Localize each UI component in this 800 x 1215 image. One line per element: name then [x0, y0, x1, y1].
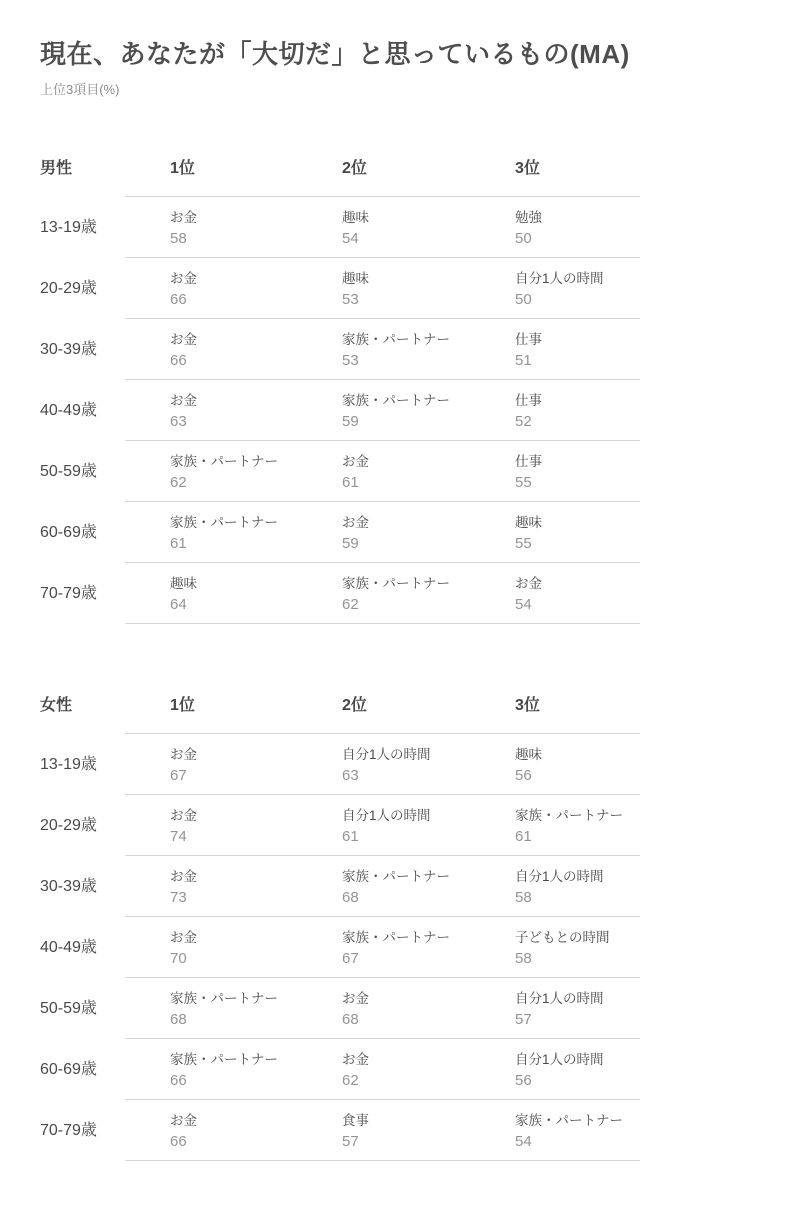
page-subtitle: 上位3項目(%)	[40, 82, 760, 98]
rank-item-name: 家族・パートナー	[342, 392, 515, 409]
rank-item-name: お金	[170, 209, 342, 226]
rank-item-name: お金	[170, 929, 342, 946]
rank-item-value: 58	[170, 230, 342, 248]
rank-2-header: 2位	[342, 697, 515, 734]
rank-item-name: 趣味	[342, 209, 515, 226]
rank-item-value: 50	[515, 230, 660, 248]
rank-3-cell: 趣味 55	[515, 502, 660, 563]
rank-item-name: 自分1人の時間	[342, 807, 515, 824]
table-row: 20-29歳 お金 66 趣味 53 自分1人の時間 50	[40, 258, 660, 319]
rank-2-cell: 自分1人の時間 61	[342, 795, 515, 856]
rank-item-name: 子どもとの時間	[515, 929, 660, 946]
rank-item-name: 趣味	[515, 514, 660, 531]
female-table: 女性 1位 2位 3位 13-19歳 お金 67 自分1人の時間 63 趣味 5…	[40, 697, 760, 1161]
rank-1-cell: お金 66	[170, 319, 342, 380]
rank-3-cell: 家族・パートナー 61	[515, 795, 660, 856]
rank-3-cell: 趣味 56	[515, 734, 660, 795]
rank-2-cell: 家族・パートナー 53	[342, 319, 515, 380]
age-label: 70-79歳	[40, 1122, 170, 1140]
rank-item-name: 家族・パートナー	[342, 575, 515, 592]
rank-item-value: 50	[515, 291, 660, 309]
rank-3-header: 3位	[515, 160, 660, 197]
rank-item-value: 62	[342, 596, 515, 614]
male-table-rows: 13-19歳 お金 58 趣味 54 勉強 50 20-29歳 お金 66 趣味…	[40, 197, 760, 624]
rank-1-header: 1位	[170, 160, 342, 197]
age-label: 13-19歳	[40, 219, 170, 237]
rank-item-name: お金	[170, 807, 342, 824]
gender-label: 女性	[40, 697, 170, 734]
rank-item-name: お金	[170, 392, 342, 409]
rank-item-name: お金	[342, 990, 515, 1007]
rank-2-cell: お金 68	[342, 978, 515, 1039]
rank-2-cell: お金 59	[342, 502, 515, 563]
rank-1-cell: お金 66	[170, 258, 342, 319]
rank-1-cell: お金 73	[170, 856, 342, 917]
age-label: 30-39歳	[40, 341, 170, 359]
rank-item-value: 53	[342, 352, 515, 370]
rank-3-cell: お金 54	[515, 563, 660, 624]
rank-item-value: 55	[515, 535, 660, 553]
table-row: 20-29歳 お金 74 自分1人の時間 61 家族・パートナー 61	[40, 795, 660, 856]
rank-3-cell: 仕事 55	[515, 441, 660, 502]
rank-item-value: 67	[170, 767, 342, 785]
rank-item-value: 56	[515, 767, 660, 785]
rank-item-name: お金	[342, 1051, 515, 1068]
rank-item-value: 68	[342, 889, 515, 907]
rank-item-value: 62	[342, 1072, 515, 1090]
rank-3-cell: 子どもとの時間 58	[515, 917, 660, 978]
table-row: 50-59歳 家族・パートナー 62 お金 61 仕事 55	[40, 441, 660, 502]
rank-2-cell: 食事 57	[342, 1100, 515, 1161]
rank-item-value: 57	[515, 1011, 660, 1029]
age-label: 40-49歳	[40, 402, 170, 420]
rank-item-value: 61	[342, 474, 515, 492]
rank-2-cell: 家族・パートナー 62	[342, 563, 515, 624]
female-table-rows: 13-19歳 お金 67 自分1人の時間 63 趣味 56 20-29歳 お金 …	[40, 734, 760, 1161]
rank-item-name: 家族・パートナー	[170, 514, 342, 531]
table-row: 40-49歳 お金 70 家族・パートナー 67 子どもとの時間 58	[40, 917, 660, 978]
rank-2-cell: お金 62	[342, 1039, 515, 1100]
rank-item-name: 仕事	[515, 453, 660, 470]
rank-item-name: 食事	[342, 1112, 515, 1129]
rank-item-name: 仕事	[515, 392, 660, 409]
rank-item-name: 家族・パートナー	[170, 990, 342, 1007]
rank-item-name: 家族・パートナー	[515, 1112, 660, 1129]
rank-item-value: 68	[170, 1011, 342, 1029]
page: 現在、あなたが「大切だ」と思っているもの(MA) 上位3項目(%) 男性 1位 …	[0, 0, 800, 1215]
rank-item-value: 59	[342, 413, 515, 431]
table-row: 60-69歳 家族・パートナー 66 お金 62 自分1人の時間 56	[40, 1039, 660, 1100]
male-table-header: 男性 1位 2位 3位	[40, 160, 660, 197]
rank-item-name: 家族・パートナー	[515, 807, 660, 824]
rank-item-name: お金	[170, 746, 342, 763]
age-label: 30-39歳	[40, 878, 170, 896]
rank-item-value: 52	[515, 413, 660, 431]
rank-item-value: 61	[515, 828, 660, 846]
table-row: 50-59歳 家族・パートナー 68 お金 68 自分1人の時間 57	[40, 978, 660, 1039]
rank-2-cell: 家族・パートナー 68	[342, 856, 515, 917]
rank-3-cell: 家族・パートナー 54	[515, 1100, 660, 1161]
age-label: 50-59歳	[40, 463, 170, 481]
rank-1-cell: 家族・パートナー 61	[170, 502, 342, 563]
rank-3-cell: 仕事 52	[515, 380, 660, 441]
rank-2-cell: 趣味 53	[342, 258, 515, 319]
rank-item-name: お金	[515, 575, 660, 592]
rank-item-name: 仕事	[515, 331, 660, 348]
rank-item-value: 54	[515, 596, 660, 614]
rank-item-name: お金	[170, 331, 342, 348]
rank-1-cell: お金 74	[170, 795, 342, 856]
rank-item-value: 56	[515, 1072, 660, 1090]
rank-item-value: 63	[342, 767, 515, 785]
rank-item-value: 54	[342, 230, 515, 248]
rank-3-cell: 自分1人の時間 58	[515, 856, 660, 917]
rank-item-name: 自分1人の時間	[342, 746, 515, 763]
rank-1-cell: お金 58	[170, 197, 342, 258]
rank-1-cell: お金 67	[170, 734, 342, 795]
rank-item-value: 53	[342, 291, 515, 309]
rank-item-value: 64	[170, 596, 342, 614]
rank-item-name: 自分1人の時間	[515, 990, 660, 1007]
table-row: 70-79歳 趣味 64 家族・パートナー 62 お金 54	[40, 563, 660, 624]
rank-item-value: 62	[170, 474, 342, 492]
rank-item-value: 59	[342, 535, 515, 553]
rank-item-value: 67	[342, 950, 515, 968]
page-title: 現在、あなたが「大切だ」と思っているもの(MA)	[40, 38, 760, 70]
rank-2-cell: 家族・パートナー 59	[342, 380, 515, 441]
rank-item-name: 家族・パートナー	[342, 331, 515, 348]
rank-3-cell: 自分1人の時間 56	[515, 1039, 660, 1100]
table-row: 70-79歳 お金 66 食事 57 家族・パートナー 54	[40, 1100, 660, 1161]
age-label: 50-59歳	[40, 1000, 170, 1018]
rank-item-name: お金	[170, 270, 342, 287]
age-label: 70-79歳	[40, 585, 170, 603]
table-row: 30-39歳 お金 73 家族・パートナー 68 自分1人の時間 58	[40, 856, 660, 917]
rank-1-header: 1位	[170, 697, 342, 734]
rank-item-value: 61	[170, 535, 342, 553]
rank-2-cell: 家族・パートナー 67	[342, 917, 515, 978]
rank-item-name: 趣味	[515, 746, 660, 763]
rank-2-cell: 趣味 54	[342, 197, 515, 258]
rank-2-header: 2位	[342, 160, 515, 197]
rank-3-cell: 自分1人の時間 50	[515, 258, 660, 319]
rank-item-name: 家族・パートナー	[170, 1051, 342, 1068]
rank-2-cell: 自分1人の時間 63	[342, 734, 515, 795]
table-row: 60-69歳 家族・パートナー 61 お金 59 趣味 55	[40, 502, 660, 563]
rank-1-cell: 家族・パートナー 66	[170, 1039, 342, 1100]
rank-item-name: 自分1人の時間	[515, 1051, 660, 1068]
rank-item-value: 55	[515, 474, 660, 492]
rank-item-value: 66	[170, 352, 342, 370]
age-label: 60-69歳	[40, 1061, 170, 1079]
rank-item-name: 自分1人の時間	[515, 868, 660, 885]
rank-item-name: 趣味	[170, 575, 342, 592]
rank-item-value: 73	[170, 889, 342, 907]
rank-3-cell: 自分1人の時間 57	[515, 978, 660, 1039]
rank-3-header: 3位	[515, 697, 660, 734]
table-row: 13-19歳 お金 67 自分1人の時間 63 趣味 56	[40, 734, 660, 795]
rank-3-cell: 仕事 51	[515, 319, 660, 380]
age-label: 20-29歳	[40, 280, 170, 298]
rank-item-value: 57	[342, 1133, 515, 1151]
table-row: 40-49歳 お金 63 家族・パートナー 59 仕事 52	[40, 380, 660, 441]
rank-item-name: 自分1人の時間	[515, 270, 660, 287]
rank-1-cell: お金 70	[170, 917, 342, 978]
rank-item-name: お金	[170, 868, 342, 885]
male-table: 男性 1位 2位 3位 13-19歳 お金 58 趣味 54 勉強 50 20-…	[40, 160, 760, 624]
rank-1-cell: 家族・パートナー 68	[170, 978, 342, 1039]
table-row: 30-39歳 お金 66 家族・パートナー 53 仕事 51	[40, 319, 660, 380]
age-label: 20-29歳	[40, 817, 170, 835]
rank-item-value: 66	[170, 291, 342, 309]
rank-item-name: 家族・パートナー	[342, 868, 515, 885]
rank-item-value: 51	[515, 352, 660, 370]
rank-item-name: 家族・パートナー	[170, 453, 342, 470]
rank-3-cell: 勉強 50	[515, 197, 660, 258]
rank-item-value: 61	[342, 828, 515, 846]
rank-1-cell: 趣味 64	[170, 563, 342, 624]
rank-item-value: 74	[170, 828, 342, 846]
rank-item-value: 58	[515, 889, 660, 907]
rank-1-cell: 家族・パートナー 62	[170, 441, 342, 502]
rank-item-value: 54	[515, 1133, 660, 1151]
age-label: 13-19歳	[40, 756, 170, 774]
rank-1-cell: お金 63	[170, 380, 342, 441]
table-row: 13-19歳 お金 58 趣味 54 勉強 50	[40, 197, 660, 258]
age-label: 40-49歳	[40, 939, 170, 957]
rank-item-value: 66	[170, 1133, 342, 1151]
rank-item-name: 勉強	[515, 209, 660, 226]
rank-item-value: 68	[342, 1011, 515, 1029]
gender-label: 男性	[40, 160, 170, 197]
rank-item-value: 70	[170, 950, 342, 968]
age-label: 60-69歳	[40, 524, 170, 542]
female-table-header: 女性 1位 2位 3位	[40, 697, 660, 734]
rank-item-name: お金	[342, 453, 515, 470]
rank-item-name: 家族・パートナー	[342, 929, 515, 946]
rank-2-cell: お金 61	[342, 441, 515, 502]
rank-item-value: 66	[170, 1072, 342, 1090]
rank-item-value: 63	[170, 413, 342, 431]
rank-item-name: 趣味	[342, 270, 515, 287]
rank-item-value: 58	[515, 950, 660, 968]
rank-1-cell: お金 66	[170, 1100, 342, 1161]
rank-item-name: お金	[170, 1112, 342, 1129]
rank-item-name: お金	[342, 514, 515, 531]
